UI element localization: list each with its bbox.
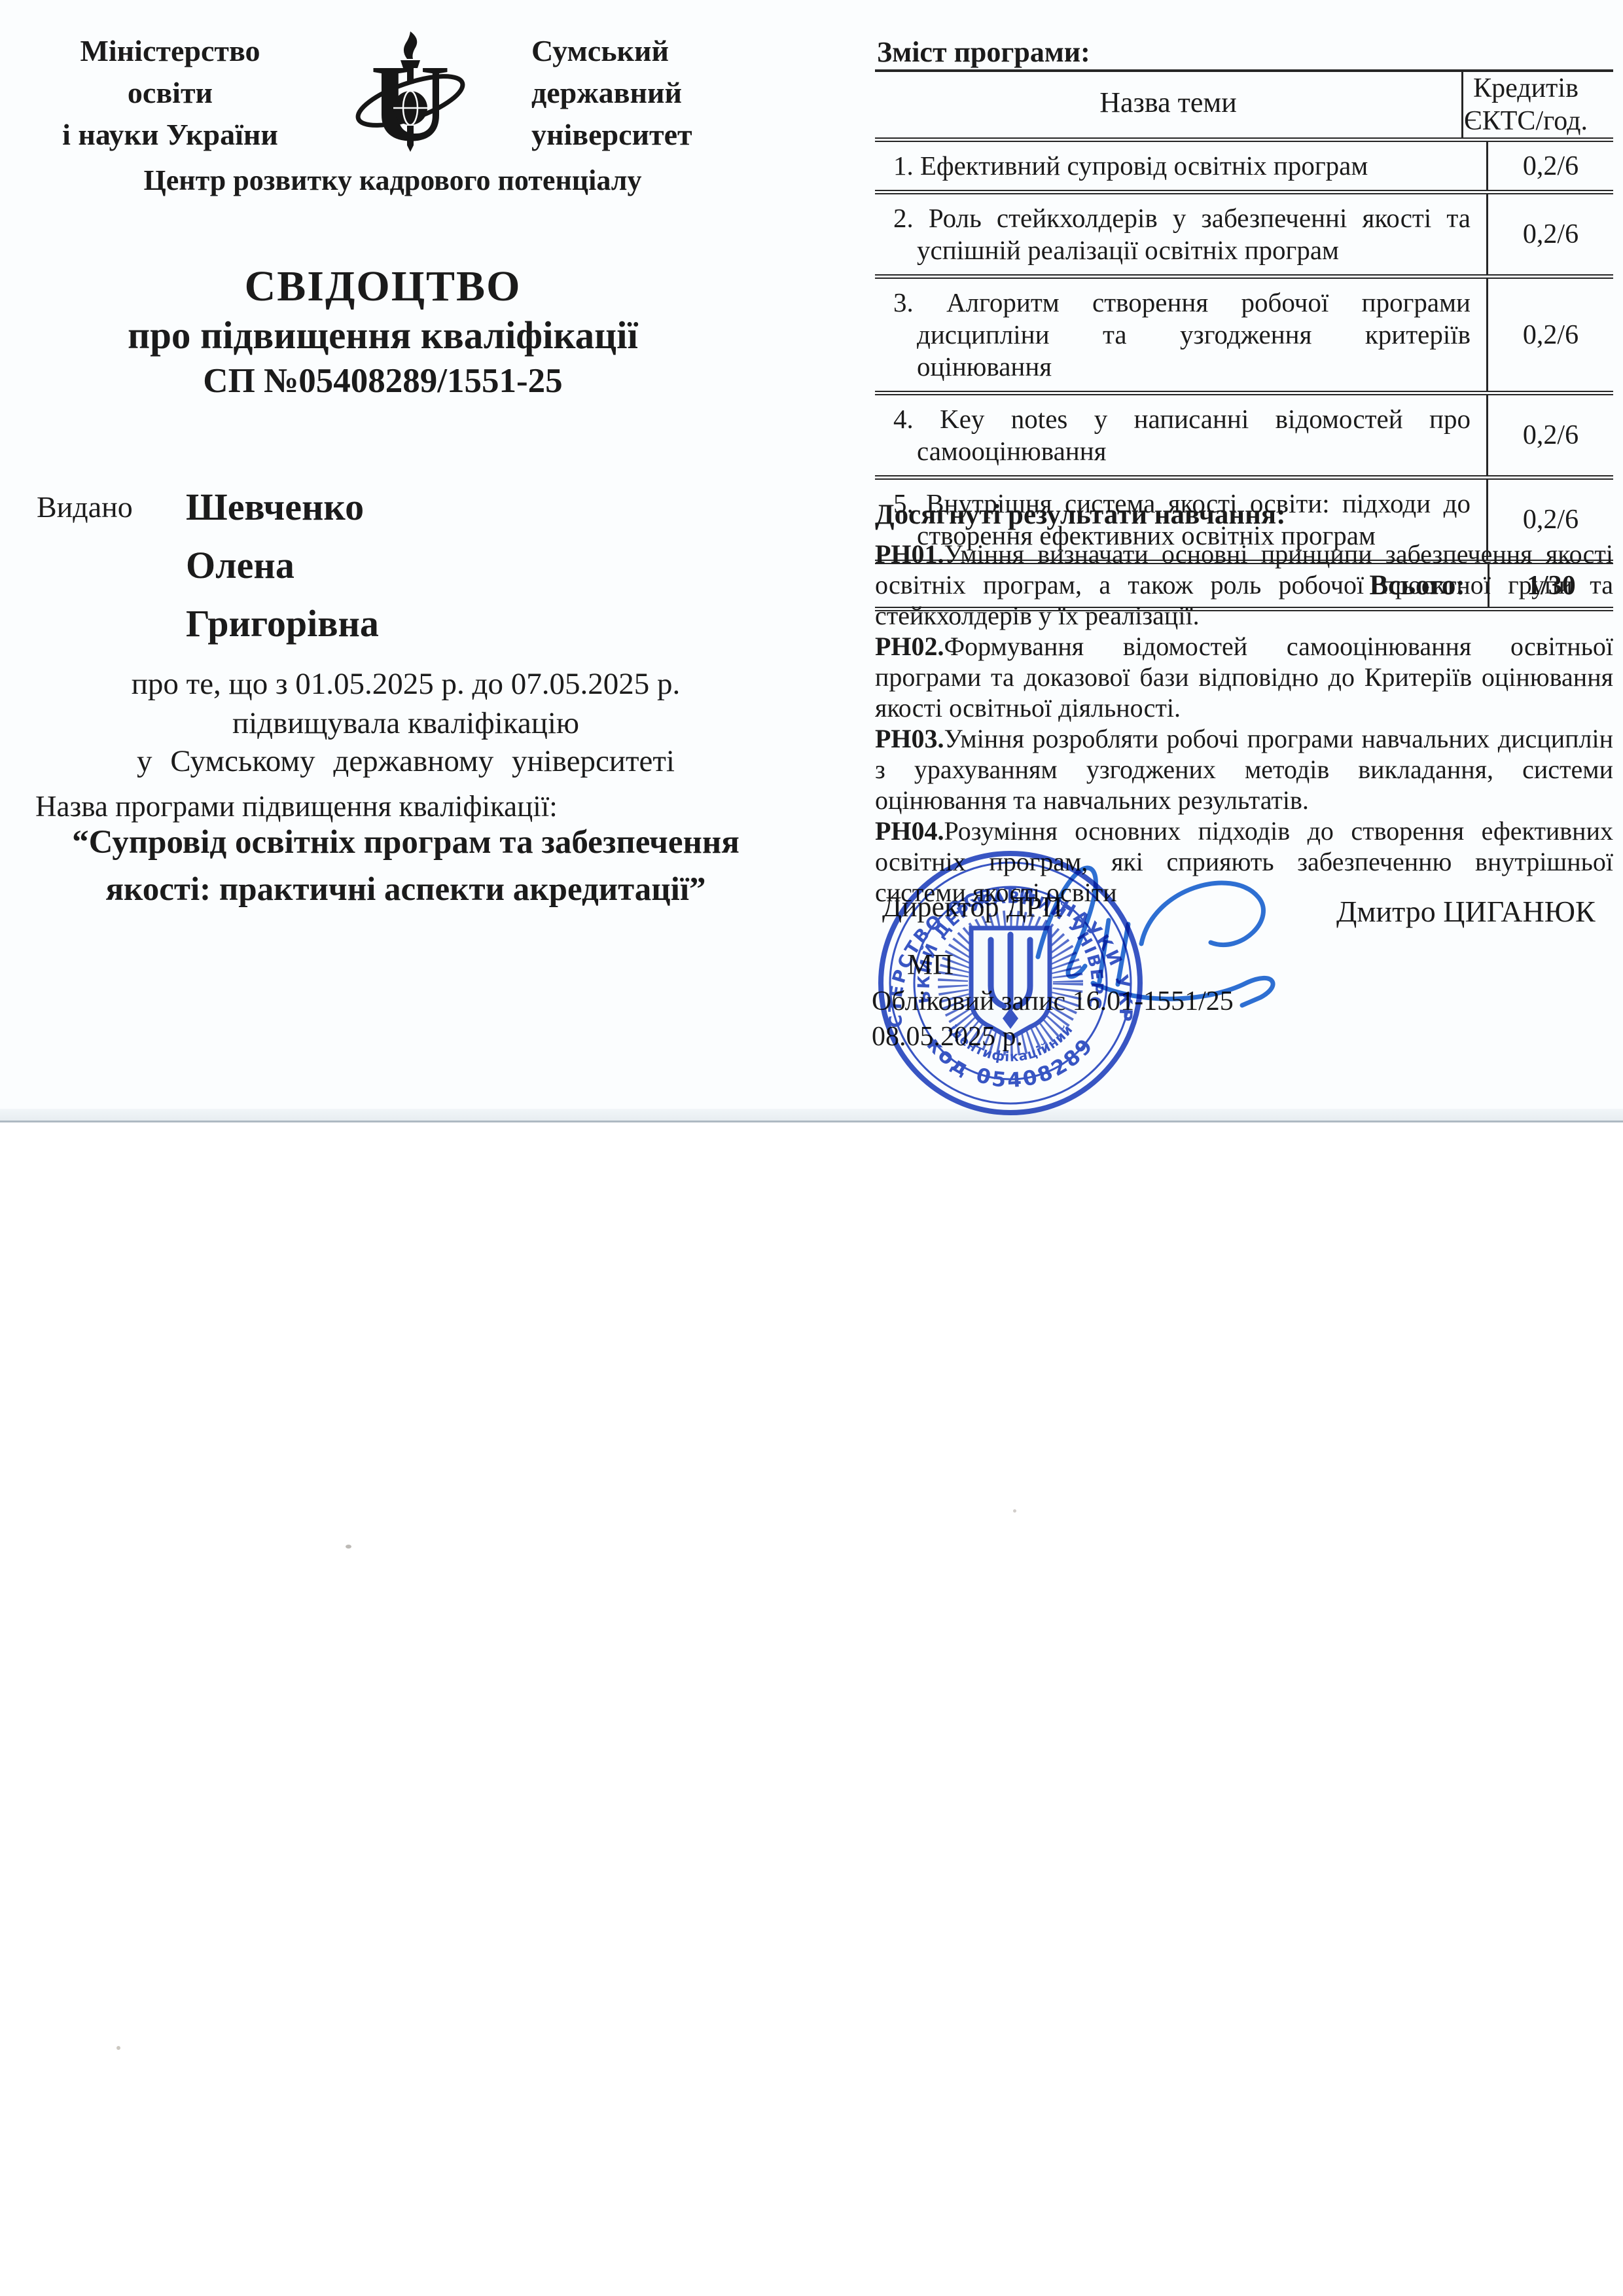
director-signature	[1016, 844, 1304, 1014]
outcome-text: Формування відомостей самооцінювання осв…	[875, 632, 1613, 723]
scan-boundary-line	[0, 1109, 1623, 1122]
issued-label: Видано	[37, 490, 133, 524]
scan-speck	[1013, 1509, 1016, 1513]
outcome-text: Уміння розробляти робочі програми навчал…	[875, 724, 1613, 815]
recipient-patronymic: Григорівна	[186, 594, 379, 653]
contents-heading: Зміст програми:	[877, 35, 1090, 69]
program-name-line: якості: практичні аспекти акредитації”	[20, 870, 792, 908]
program-label: Назва програми підвищення кваліфікації:	[35, 789, 558, 823]
credits-value: 0,2/6	[1486, 142, 1613, 190]
recipient-surname: Шевченко	[186, 478, 379, 536]
outcomes-heading: Досягнуті результати навчання:	[875, 499, 1613, 531]
outcome-item: РН02.Формування відомостей самооцінюванн…	[875, 631, 1613, 723]
outcome-code: РН01.	[875, 539, 944, 569]
signer-name: Дмитро ЦИГАНЮК	[1336, 894, 1596, 929]
ministry-block: Міністерство освіти і науки України	[51, 30, 289, 156]
table-row: 2. Роль стейкхолдерів у забезпеченні яко…	[875, 190, 1613, 274]
recipient-firstname: Олена	[186, 536, 379, 594]
table-row: 4. Key notes у написанні відомостей про …	[875, 391, 1613, 475]
outcome-text: Уміння визначати основні принципи забезп…	[875, 539, 1613, 630]
table-row: 1. Ефективний супровід освітніх програм …	[875, 137, 1613, 190]
column-header-credits: Кредитів ЄКТС/год.	[1461, 72, 1588, 137]
outcome-code: РН02.	[875, 632, 944, 661]
certificate-subtitle: про підвищення кваліфікації	[16, 313, 749, 358]
university-line: Сумський	[531, 30, 741, 72]
period-line: про те, що з 01.05.2025 р. до 07.05.2025…	[26, 666, 785, 702]
scan-speck	[116, 2046, 120, 2050]
topic-text: 2. Роль стейкхолдерів у забезпеченні яко…	[884, 202, 1471, 266]
table-row: 3. Алгоритм створення робочої програми д…	[875, 274, 1613, 391]
center-name: Центр розвитку кадрового потенціалу	[26, 164, 759, 197]
period-line: у Сумському державному університеті	[26, 744, 785, 779]
ministry-line: освіти	[51, 72, 289, 114]
certificate-title: СВІДОЦТВО	[16, 262, 749, 312]
scan-speck	[346, 1545, 351, 1549]
certificate-scan: { "header": { "ministry": ["Міністерство…	[0, 0, 1623, 2296]
outcome-code: РН04.	[875, 816, 944, 846]
topic-text: 1. Ефективний супровід освітніх програм	[884, 150, 1471, 182]
university-line: державний	[531, 72, 741, 114]
table-header-row: Назва теми Кредитів ЄКТС/год.	[875, 72, 1613, 137]
period-line: підвищувала кваліфікацію	[26, 706, 785, 741]
outcome-item: РН01.Уміння визначати основні принципи з…	[875, 539, 1613, 631]
university-line: університет	[531, 114, 741, 156]
university-block: Сумський державний університет	[531, 30, 741, 156]
topic-text: 3. Алгоритм створення робочої програми д…	[884, 287, 1471, 383]
certificate-number: СП №05408289/1551-25	[16, 361, 749, 401]
column-header-topic: Назва теми	[875, 72, 1461, 137]
outcome-code: РН03.	[875, 724, 944, 753]
credits-value: 0,2/6	[1486, 279, 1613, 391]
ministry-line: Міністерство	[51, 30, 289, 72]
program-name-line: “Супровід освітніх програм та забезпечен…	[20, 823, 792, 861]
recipient-name: Шевченко Олена Григорівна	[186, 478, 379, 653]
ministry-line: і науки України	[51, 114, 289, 156]
credits-value: 0,2/6	[1486, 194, 1613, 274]
topic-text: 4. Key notes у написанні відомостей про …	[884, 403, 1471, 467]
outcome-item: РН03.Уміння розробляти робочі програми н…	[875, 723, 1613, 816]
credits-value: 0,2/6	[1486, 395, 1613, 475]
sumdu-logo-icon: U	[355, 27, 466, 162]
